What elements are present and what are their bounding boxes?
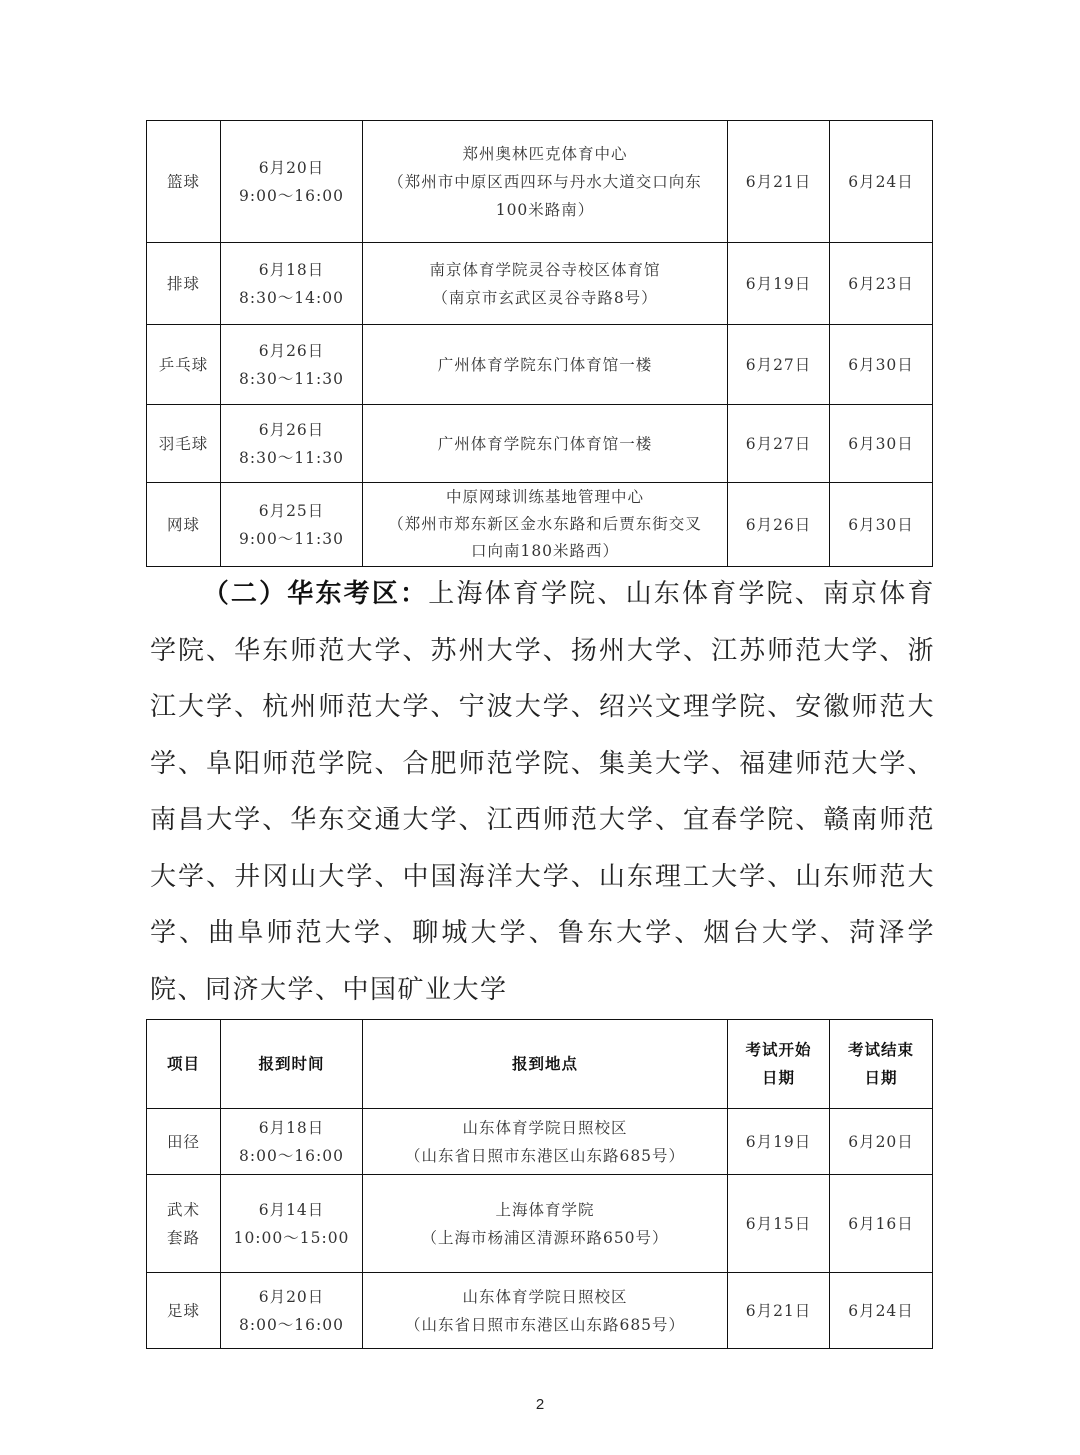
- page-number: 2: [0, 1396, 1080, 1413]
- cell-item: 乒乓球: [147, 325, 221, 405]
- location-line: （山东省日照市东港区山东路685号）: [367, 1311, 723, 1339]
- cell-location: 山东体育学院日照校区 （山东省日照市东港区山东路685号）: [363, 1273, 728, 1349]
- cell-item: 足球: [147, 1273, 221, 1349]
- cell-end-date: 6月24日: [830, 121, 933, 243]
- checkin-date: 6月26日: [225, 416, 358, 444]
- cell-end-date: 6月23日: [830, 243, 933, 325]
- cell-end-date: 6月30日: [830, 325, 933, 405]
- location-line: 100米路南）: [367, 196, 723, 224]
- cell-item: 武术 套路: [147, 1175, 221, 1273]
- location-line: （上海市杨浦区清源环路650号）: [367, 1224, 723, 1252]
- cell-location: 山东体育学院日照校区 （山东省日照市东港区山东路685号）: [363, 1109, 728, 1175]
- checkin-hours: 8:00～16:00: [225, 1311, 358, 1339]
- checkin-hours: 8:00～16:00: [225, 1142, 358, 1170]
- item-line: 套路: [151, 1224, 216, 1252]
- header-checkin-time: 报到时间: [221, 1020, 363, 1109]
- checkin-hours: 8:30～11:30: [225, 444, 358, 472]
- document-page: 篮球 6月20日 9:00～16:00 郑州奥林匹克体育中心 （郑州市中原区西四…: [0, 0, 1080, 1455]
- checkin-hours: 9:00～11:30: [225, 525, 358, 553]
- location-line: 山东体育学院日照校区: [367, 1283, 723, 1311]
- location-line: （郑州市中原区西四环与丹水大道交口向东: [367, 168, 723, 196]
- cell-start-date: 6月21日: [728, 1273, 830, 1349]
- university-list: 上海体育学院、山东体育学院、南京体育学院、华东师范大学、苏州大学、扬州大学、江苏…: [150, 579, 935, 1005]
- location-line: 中原网球训练基地管理中心: [367, 484, 723, 511]
- cell-checkin-time: 6月26日 8:30～11:30: [221, 325, 363, 405]
- location-line: 南京体育学院灵谷寺校区体育馆: [367, 256, 723, 284]
- location-line: 广州体育学院东门体育馆一楼: [367, 351, 723, 379]
- header-line: 日期: [834, 1064, 928, 1092]
- table-row: 篮球 6月20日 9:00～16:00 郑州奥林匹克体育中心 （郑州市中原区西四…: [147, 121, 933, 243]
- checkin-date: 6月18日: [225, 256, 358, 284]
- cell-end-date: 6月20日: [830, 1109, 933, 1175]
- location-line: 上海体育学院: [367, 1196, 723, 1224]
- header-line: 日期: [732, 1064, 825, 1092]
- cell-end-date: 6月24日: [830, 1273, 933, 1349]
- location-line: （南京市玄武区灵谷寺路8号）: [367, 284, 723, 312]
- table-header-row: 项目 报到时间 报到地点 考试开始 日期 考试结束 日期: [147, 1020, 933, 1109]
- checkin-hours: 9:00～16:00: [225, 182, 358, 210]
- location-line: 广州体育学院东门体育馆一楼: [367, 430, 723, 458]
- cell-start-date: 6月15日: [728, 1175, 830, 1273]
- table-row: 羽毛球 6月26日 8:30～11:30 广州体育学院东门体育馆一楼 6月27日…: [147, 405, 933, 483]
- checkin-date: 6月26日: [225, 337, 358, 365]
- table-row: 乒乓球 6月26日 8:30～11:30 广州体育学院东门体育馆一楼 6月27日…: [147, 325, 933, 405]
- checkin-hours: 8:30～11:30: [225, 365, 358, 393]
- cell-end-date: 6月30日: [830, 405, 933, 483]
- header-item: 项目: [147, 1020, 221, 1109]
- cell-checkin-time: 6月18日 8:30～14:00: [221, 243, 363, 325]
- header-start-date: 考试开始 日期: [728, 1020, 830, 1109]
- east-china-schedule-table: 项目 报到时间 报到地点 考试开始 日期 考试结束 日期 田径 6月18日: [146, 1019, 933, 1349]
- checkin-hours: 10:00～15:00: [225, 1224, 358, 1252]
- table-row: 排球 6月18日 8:30～14:00 南京体育学院灵谷寺校区体育馆 （南京市玄…: [147, 243, 933, 325]
- cell-location: 南京体育学院灵谷寺校区体育馆 （南京市玄武区灵谷寺路8号）: [363, 243, 728, 325]
- cell-start-date: 6月21日: [728, 121, 830, 243]
- cell-item: 排球: [147, 243, 221, 325]
- cell-start-date: 6月19日: [728, 1109, 830, 1175]
- table-row: 田径 6月18日 8:00～16:00 山东体育学院日照校区 （山东省日照市东港…: [147, 1109, 933, 1175]
- cell-checkin-time: 6月20日 9:00～16:00: [221, 121, 363, 243]
- cell-item: 田径: [147, 1109, 221, 1175]
- east-china-region-paragraph: （二）华东考区：上海体育学院、山东体育学院、南京体育学院、华东师范大学、苏州大学…: [150, 566, 935, 1018]
- cell-checkin-time: 6月18日 8:00～16:00: [221, 1109, 363, 1175]
- checkin-hours: 8:30～14:00: [225, 284, 358, 312]
- cell-checkin-time: 6月14日 10:00～15:00: [221, 1175, 363, 1273]
- cell-checkin-time: 6月26日 8:30～11:30: [221, 405, 363, 483]
- section-heading: （二）华东考区：: [202, 579, 428, 609]
- header-end-date: 考试结束 日期: [830, 1020, 933, 1109]
- cell-location: 广州体育学院东门体育馆一楼: [363, 405, 728, 483]
- cell-item: 篮球: [147, 121, 221, 243]
- item-line: 足球: [151, 1297, 216, 1325]
- checkin-date: 6月20日: [225, 154, 358, 182]
- cell-location: 郑州奥林匹克体育中心 （郑州市中原区西四环与丹水大道交口向东 100米路南）: [363, 121, 728, 243]
- table-row: 武术 套路 6月14日 10:00～15:00 上海体育学院 （上海市杨浦区清源…: [147, 1175, 933, 1273]
- location-line: 郑州奥林匹克体育中心: [367, 140, 723, 168]
- cell-location: 广州体育学院东门体育馆一楼: [363, 325, 728, 405]
- cell-item: 羽毛球: [147, 405, 221, 483]
- location-line: （山东省日照市东港区山东路685号）: [367, 1142, 723, 1170]
- table-row: 网球 6月25日 9:00～11:30 中原网球训练基地管理中心 （郑州市郑东新…: [147, 483, 933, 567]
- cell-start-date: 6月26日: [728, 483, 830, 567]
- cell-checkin-time: 6月20日 8:00～16:00: [221, 1273, 363, 1349]
- location-line: （郑州市郑东新区金水东路和后贾东街交叉: [367, 511, 723, 538]
- checkin-date: 6月18日: [225, 1114, 358, 1142]
- header-line: 考试结束: [834, 1036, 928, 1064]
- cell-end-date: 6月30日: [830, 483, 933, 567]
- item-line: 田径: [151, 1128, 216, 1156]
- cell-checkin-time: 6月25日 9:00～11:30: [221, 483, 363, 567]
- table-row: 足球 6月20日 8:00～16:00 山东体育学院日照校区 （山东省日照市东港…: [147, 1273, 933, 1349]
- header-location: 报到地点: [363, 1020, 728, 1109]
- location-line: 口向南180米路西）: [367, 538, 723, 565]
- cell-location: 上海体育学院 （上海市杨浦区清源环路650号）: [363, 1175, 728, 1273]
- checkin-date: 6月14日: [225, 1196, 358, 1224]
- checkin-date: 6月25日: [225, 497, 358, 525]
- cell-location: 中原网球训练基地管理中心 （郑州市郑东新区金水东路和后贾东街交叉 口向南180米…: [363, 483, 728, 567]
- cell-item: 网球: [147, 483, 221, 567]
- cell-start-date: 6月19日: [728, 243, 830, 325]
- location-line: 山东体育学院日照校区: [367, 1114, 723, 1142]
- checkin-date: 6月20日: [225, 1283, 358, 1311]
- header-line: 考试开始: [732, 1036, 825, 1064]
- cell-start-date: 6月27日: [728, 325, 830, 405]
- schedule-table-continued: 篮球 6月20日 9:00～16:00 郑州奥林匹克体育中心 （郑州市中原区西四…: [146, 120, 933, 567]
- cell-start-date: 6月27日: [728, 405, 830, 483]
- cell-end-date: 6月16日: [830, 1175, 933, 1273]
- item-line: 武术: [151, 1196, 216, 1224]
